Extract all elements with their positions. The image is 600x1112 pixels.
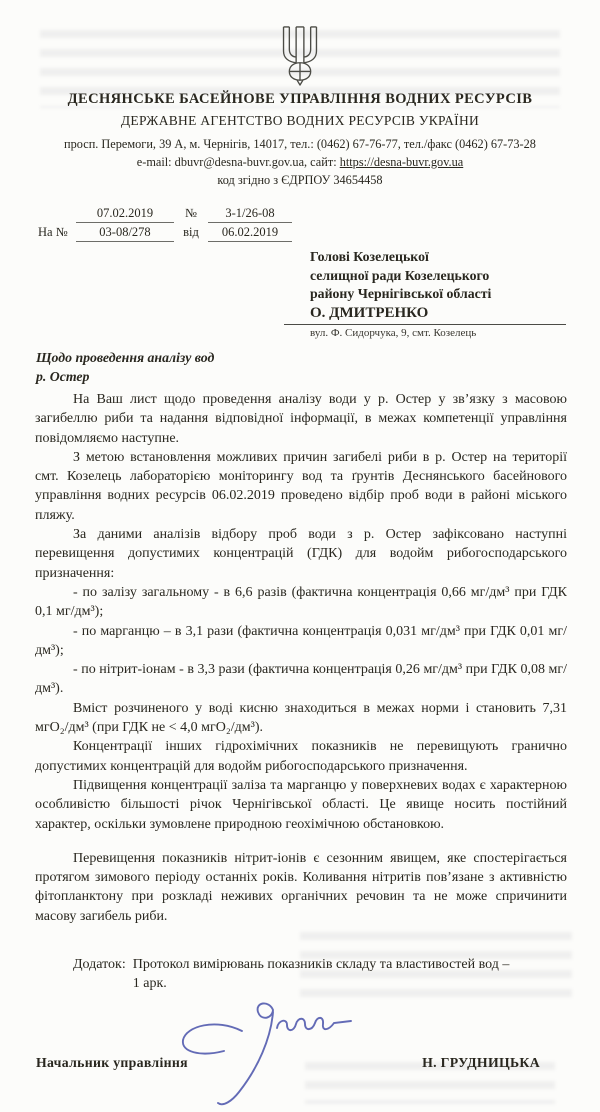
address-phone-line: просп. Перемоги, 39 А, м. Чернігів, 1401… <box>0 137 600 152</box>
divider <box>284 324 566 325</box>
incoming-number: 03-08/278 <box>76 225 174 242</box>
letter-body: На Ваш лист щодо проведення аналізу води… <box>35 390 567 994</box>
email-website-line: e-mail: dbuvr@desna-buvr.gov.ua, сайт: h… <box>0 155 600 170</box>
addressee-title-lines: Голові Козелецької селищної ради Козелец… <box>310 248 568 304</box>
paragraph: Концентрації інших гідрохімічних показни… <box>35 737 567 776</box>
outgoing-date: 07.02.2019 <box>76 206 174 223</box>
agency-name: ДЕРЖАВНЕ АГЕНТСТВО ВОДНИХ РЕСУРСІВ УКРАЇ… <box>0 113 600 129</box>
addressee-name: О. ДМИТРЕНКО <box>310 305 568 322</box>
from-label: від <box>174 225 208 242</box>
edrpou-code: код згідно з ЄДРПОУ 34654458 <box>0 173 600 188</box>
list-item-iron: - по залізу загальному - в 6,6 разів (фа… <box>35 583 567 622</box>
subject-line: Щодо проведення аналізу вод р. Остер <box>36 348 214 386</box>
signatory-name: Н. ГРУДНИЦЬКА <box>422 1055 540 1071</box>
addressee-street-address: вул. Ф. Сидорчука, 9, смт. Козелець <box>310 327 568 339</box>
outgoing-number: 3-1/26-08 <box>208 206 292 223</box>
paragraph: Вміст розчиненого у воді кисню знаходить… <box>35 699 567 738</box>
list-item-manganese: - по марганцю – в 3,1 рази (фактична кон… <box>35 622 567 661</box>
addressee-block: Голові Козелецької селищної ради Козелец… <box>310 248 568 339</box>
reference-block: 07.02.2019 № 3-1/26-08 На № 03-08/278 ві… <box>36 206 292 242</box>
paragraph: З метою встановлення можливих причин заг… <box>35 448 567 525</box>
letterhead: ДЕСНЯНСЬКЕ БАСЕЙНОВЕ УПРАВЛІННЯ ВОДНИХ Р… <box>0 24 600 188</box>
scanned-letter-page: ДЕСНЯНСЬКЕ БАСЕЙНОВЕ УПРАВЛІННЯ ВОДНИХ Р… <box>0 0 600 1112</box>
attachment-note: Додаток: Протокол вимірювань показників … <box>35 955 567 994</box>
list-item-nitrite: - по нітрит-іонам - в 3,3 рази (фактична… <box>35 660 567 699</box>
ukraine-trident-icon <box>277 24 323 86</box>
paragraph: За даними аналізів відбору проб води з р… <box>35 525 567 583</box>
number-label: № <box>174 206 208 223</box>
attachment-label: Додаток: <box>73 955 126 994</box>
empty-cell <box>36 206 76 223</box>
attachment-text: Протокол вимірювань показників складу та… <box>133 955 510 994</box>
paragraph: На Ваш лист щодо проведення аналізу води… <box>35 390 567 448</box>
signatory-position: Начальник управління <box>36 1055 188 1071</box>
paragraph: Підвищення концентрації заліза та марган… <box>35 776 567 834</box>
signature-ink-icon <box>172 996 368 1112</box>
in-reply-label: На № <box>36 225 76 242</box>
paragraph: Перевищення показників нітрит-іонів є се… <box>35 849 567 926</box>
incoming-date: 06.02.2019 <box>208 225 292 242</box>
website-link: https://desna-buvr.gov.ua <box>340 155 464 169</box>
email-text: e-mail: dbuvr@desna-buvr.gov.ua, сайт: <box>137 155 340 169</box>
organization-name: ДЕСНЯНСЬКЕ БАСЕЙНОВЕ УПРАВЛІННЯ ВОДНИХ Р… <box>0 91 600 108</box>
